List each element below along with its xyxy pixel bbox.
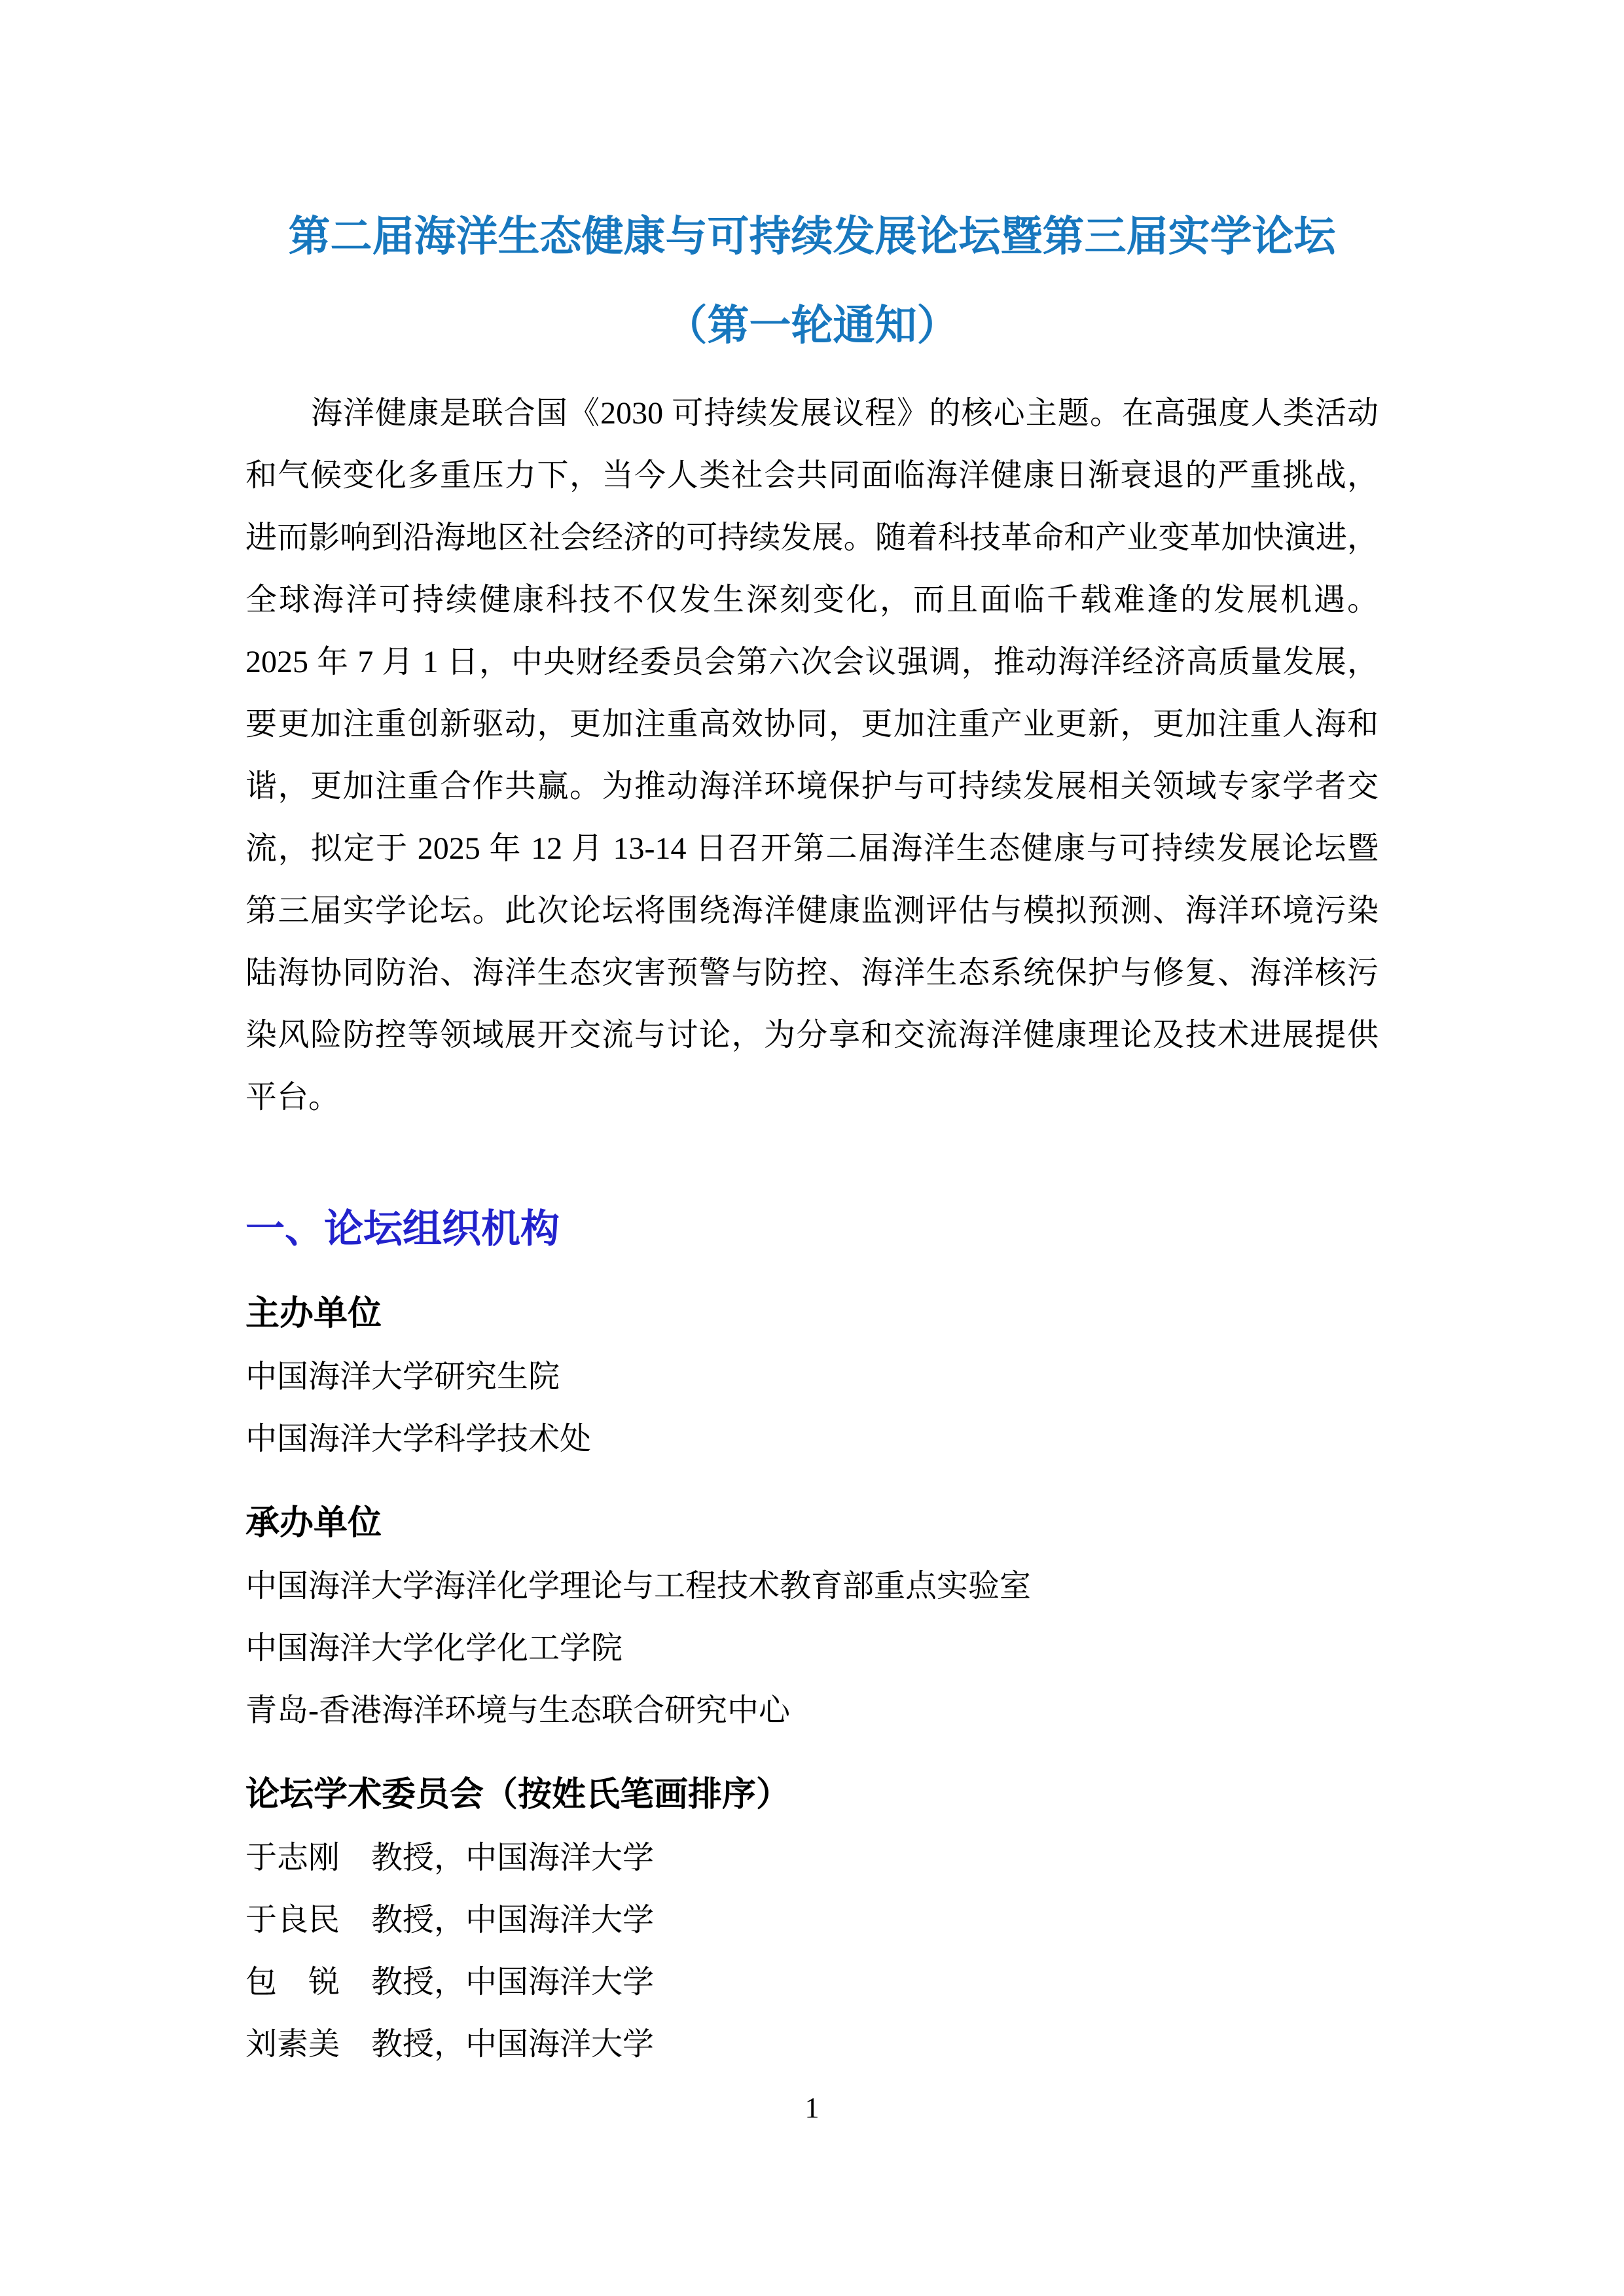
list-item: 于良民 教授，中国海洋大学 bbox=[245, 1889, 1379, 1951]
list-item: 中国海洋大学科学技术处 bbox=[245, 1408, 1379, 1470]
committee-list: 于志刚 教授，中国海洋大学 于良民 教授，中国海洋大学 包 锐 教授，中国海洋大… bbox=[245, 1827, 1379, 2075]
intro-line: 流，拟定于 2025 年 12 月 13-14 日召开第二届海洋生态健康与可持续… bbox=[245, 817, 1379, 880]
intro-line: 第三届实学论坛。此次论坛将围绕海洋健康监测评估与模拟预测、海洋环境污染 bbox=[245, 880, 1379, 942]
page-title: 第二届海洋生态健康与可持续发展论坛暨第三届实学论坛 bbox=[245, 213, 1379, 261]
document-content: 第二届海洋生态健康与可持续发展论坛暨第三届实学论坛 （第一轮通知） 海洋健康是联… bbox=[0, 0, 1624, 2075]
intro-line: 进而影响到沿海地区社会经济的可持续发展。随着科技革命和产业变革加快演进， bbox=[245, 507, 1379, 569]
hosts-label: 主办单位 bbox=[245, 1293, 1379, 1334]
list-item: 中国海洋大学化学化工学院 bbox=[245, 1617, 1379, 1679]
intro-line: 染风险防控等领域展开交流与讨论，为分享和交流海洋健康理论及技术进展提供 bbox=[245, 1004, 1379, 1066]
intro-line: 要更加注重创新驱动，更加注重高效协同，更加注重产业更新，更加注重人海和 bbox=[245, 693, 1379, 755]
intro-line: 海洋健康是联合国《2030 可持续发展议程》的核心主题。在高强度人类活动 bbox=[245, 382, 1379, 444]
intro-line: 全球海洋可持续健康科技不仅发生深刻变化，而且面临千载难逢的发展机遇。 bbox=[245, 569, 1379, 631]
list-item: 中国海洋大学研究生院 bbox=[245, 1346, 1379, 1408]
section-heading-organization: 一、论坛组织机构 bbox=[245, 1206, 1379, 1253]
hosts-list: 中国海洋大学研究生院 中国海洋大学科学技术处 bbox=[245, 1346, 1379, 1470]
intro-line: 2025 年 7 月 1 日，中央财经委员会第六次会议强调，推动海洋经济高质量发… bbox=[245, 631, 1379, 693]
organizers-label: 承办单位 bbox=[245, 1503, 1379, 1543]
intro-line: 陆海协同防治、海洋生态灾害预警与防控、海洋生态系统保护与修复、海洋核污 bbox=[245, 942, 1379, 1004]
page-number: 1 bbox=[0, 2091, 1624, 2125]
intro-paragraph: 海洋健康是联合国《2030 可持续发展议程》的核心主题。在高强度人类活动 和气候… bbox=[245, 382, 1379, 1128]
list-item: 中国海洋大学海洋化学理论与工程技术教育部重点实验室 bbox=[245, 1555, 1379, 1617]
list-item: 刘素美 教授，中国海洋大学 bbox=[245, 2013, 1379, 2075]
organizers-list: 中国海洋大学海洋化学理论与工程技术教育部重点实验室 中国海洋大学化学化工学院 青… bbox=[245, 1555, 1379, 1742]
document-page: 第二届海洋生态健康与可持续发展论坛暨第三届实学论坛 （第一轮通知） 海洋健康是联… bbox=[0, 0, 1624, 2296]
list-item: 青岛-香港海洋环境与生态联合研究中心 bbox=[245, 1679, 1379, 1742]
intro-line: 谐，更加注重合作共赢。为推动海洋环境保护与可持续发展相关领域专家学者交 bbox=[245, 755, 1379, 817]
page-subtitle: （第一轮通知） bbox=[245, 302, 1379, 350]
list-item: 于志刚 教授，中国海洋大学 bbox=[245, 1827, 1379, 1889]
intro-line: 平台。 bbox=[245, 1066, 1379, 1128]
list-item: 包 锐 教授，中国海洋大学 bbox=[245, 1951, 1379, 2013]
committee-label: 论坛学术委员会（按姓氏笔画排序） bbox=[245, 1774, 1379, 1815]
intro-line: 和气候变化多重压力下，当今人类社会共同面临海洋健康日渐衰退的严重挑战， bbox=[245, 444, 1379, 507]
